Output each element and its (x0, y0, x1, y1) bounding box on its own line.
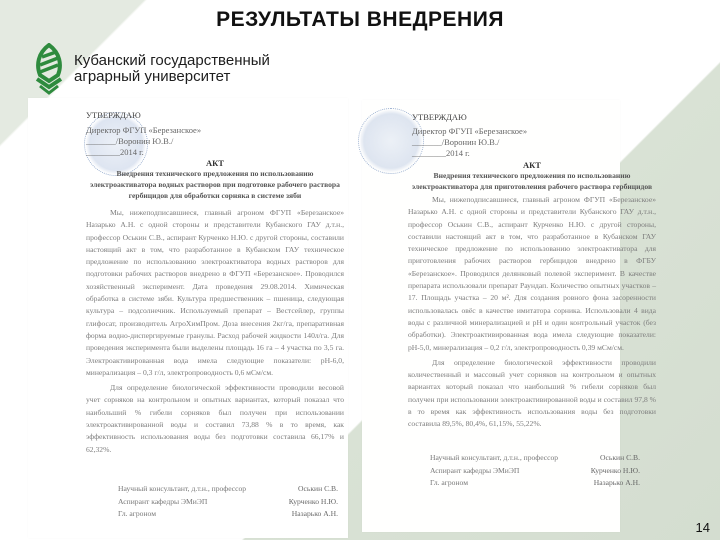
act-paragraph: Мы, нижеподписавшиеся, главный агроном Ф… (408, 194, 656, 354)
approval-label: УТВЕРЖДАЮ (412, 112, 602, 123)
signature-role: Аспирант кафедры ЭМиЭП (430, 465, 519, 478)
university-name: Кубанский государственный аграрный униве… (74, 53, 270, 85)
approval-signatory: _______/Воронин Ю.В./ (412, 137, 602, 148)
slide-title: РЕЗУЛЬТАТЫ ВНЕДРЕНИЯ (0, 8, 720, 32)
university-name-line2: аграрный университет (74, 69, 270, 85)
signature-name: Оськин С.В. (298, 483, 338, 496)
leaf-logo-icon (34, 43, 64, 95)
signature-row: Гл. агроном Назарько А.Н. (118, 508, 338, 521)
act-body: АКТ Внедрения технического предложения п… (86, 154, 344, 456)
signature-row: Научный консультант, д.т.н., профессор О… (118, 483, 338, 496)
approval-signatory: _______/Воронин Ю.В./ (86, 136, 286, 147)
signature-role: Аспирант кафедры ЭМиЭП (118, 496, 207, 509)
act-title: АКТ (408, 160, 656, 170)
act-subtitle: Внедрения технического предложения по ис… (86, 168, 344, 201)
university-logo: Кубанский государственный аграрный униве… (34, 43, 270, 95)
signature-name: Курченко Н.Ю. (289, 496, 338, 509)
signature-row: Научный консультант, д.т.н., профессор О… (430, 452, 640, 465)
signature-role: Научный консультант, д.т.н., профессор (118, 483, 246, 496)
approval-position: Директор ФГУП «Березанское» (86, 125, 286, 136)
approval-block: УТВЕРЖДАЮ Директор ФГУП «Березанское» __… (412, 112, 602, 159)
signature-name: Назарько А.Н. (292, 508, 338, 521)
signature-role: Гл. агроном (430, 477, 468, 490)
signature-row: Аспирант кафедры ЭМиЭП Курченко Н.Ю. (430, 465, 640, 478)
signature-name: Оськин С.В. (600, 452, 640, 465)
act-body: АКТ Внедрения технического предложения п… (408, 156, 656, 431)
act-paragraph: Для определение биологической эффективно… (86, 382, 344, 456)
signature-role: Гл. агроном (118, 508, 156, 521)
signature-role: Научный консультант, д.т.н., профессор (430, 452, 558, 465)
act-paragraph: Мы, нижеподписавшиеся, главный агроном Ф… (86, 207, 344, 379)
university-name-line1: Кубанский государственный (74, 53, 270, 69)
act-document-right: УТВЕРЖДАЮ Директор ФГУП «Березанское» __… (362, 100, 620, 532)
signature-name: Курченко Н.Ю. (591, 465, 640, 478)
page-number: 14 (696, 520, 710, 535)
signature-row: Гл. агроном Назарько А.Н. (430, 477, 640, 490)
act-paragraph: Для определение биологической эффективно… (408, 357, 656, 431)
signature-block: Научный консультант, д.т.н., профессор О… (118, 483, 338, 521)
approval-position: Директор ФГУП «Березанское» (412, 126, 602, 137)
act-title: АКТ (86, 158, 344, 168)
act-subtitle: Внедрения технического предложения по ис… (408, 170, 656, 192)
signature-name: Назарько А.Н. (594, 477, 640, 490)
signature-row: Аспирант кафедры ЭМиЭП Курченко Н.Ю. (118, 496, 338, 509)
approval-block: УТВЕРЖДАЮ Директор ФГУП «Березанское» __… (86, 110, 286, 158)
act-document-left: УТВЕРЖДАЮ Директор ФГУП «Березанское» __… (28, 98, 348, 538)
signature-block: Научный консультант, д.т.н., профессор О… (430, 452, 640, 490)
approval-label: УТВЕРЖДАЮ (86, 110, 286, 121)
